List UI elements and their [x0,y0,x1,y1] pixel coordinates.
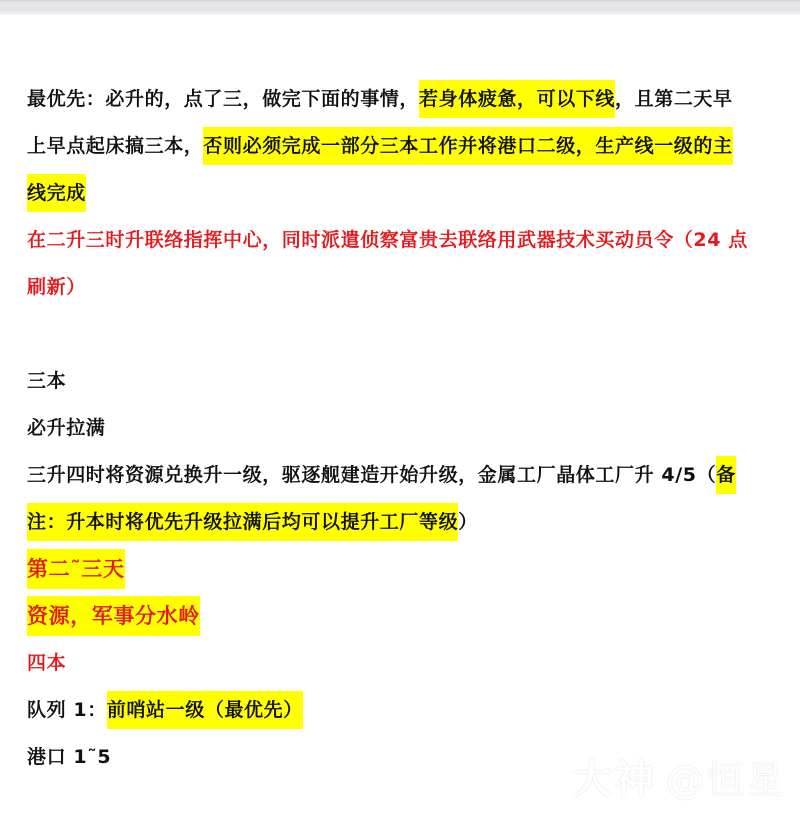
red-text: 在二升三时升联络指挥中心，同时派遣侦察富贵去联络用武器技术买动员令（24 点 [27,229,748,251]
text-segment: 最优先：必升的，点了三，做完下面的事情， [27,88,419,110]
highlighted-red-text: 资源，军事分水岭 [27,596,200,636]
doc-line-priority-cont: 上早点起床搞三本，否则必须完成一部分三本工作并将港口二级，生产线一级的主 [27,123,797,170]
text-segment: 队列 1： [27,699,107,721]
highlighted-text: 线完成 [27,174,86,212]
text-segment: 三本 [27,370,66,392]
text-segment: 三升四时将资源兑换升一级，驱逐舰建造开始升级，金属工厂晶体工厂升 4/5（ [27,464,716,486]
section-heading-tier4: 四本 [27,640,797,687]
section-heading-day2-3: 第二˜三天 [27,546,797,593]
text-segment: 上早点起床搞三本， [27,135,203,157]
highlighted-text: 注：升本时将优先升级拉满后均可以提升工厂等级 [27,503,458,541]
text-segment: ） [458,511,478,533]
watermark: 大神@恒星 [572,748,786,805]
watermark-handle: @恒星 [666,758,786,802]
doc-line-remark: 注：升本时将优先升级拉满后均可以提升工厂等级） [27,499,797,546]
doc-line-priority-end: 线完成 [27,170,797,217]
watermark-brand: 大神 [572,757,656,803]
red-text: 刷新） [27,276,86,298]
window-top-bar [0,0,800,15]
doc-line-priority: 最优先：必升的，点了三，做完下面的事情，若身体疲惫，可以下线，且第二天早 [27,76,797,123]
section-heading-watershed: 资源，军事分水岭 [27,593,797,640]
blank-line [27,311,797,358]
text-segment: 必升拉满 [27,417,105,439]
text-segment: ，且第二天早 [615,88,733,110]
highlighted-text: 前哨站一级（最优先） [107,691,303,729]
doc-line-queue1: 队列 1：前哨站一级（最优先） [27,687,797,734]
doc-line-red-note: 在二升三时升联络指挥中心，同时派遣侦察富贵去联络用武器技术买动员令（24 点 [27,217,797,264]
section-heading-tier3: 三本 [27,358,797,405]
highlighted-red-text: 第二˜三天 [27,549,125,589]
doc-line-red-note-end: 刷新） [27,264,797,311]
text-segment: 港口 1˜5 [27,746,111,768]
highlighted-text: 若身体疲惫，可以下线 [419,80,615,118]
doc-line-tier4-upgrade: 三升四时将资源兑换升一级，驱逐舰建造开始升级，金属工厂晶体工厂升 4/5（备 [27,452,797,499]
document-body: 最优先：必升的，点了三，做完下面的事情，若身体疲惫，可以下线，且第二天早 上早点… [27,76,797,781]
highlighted-text: 否则必须完成一部分三本工作并将港口二级，生产线一级的主 [203,127,732,165]
red-text: 四本 [27,652,66,674]
doc-line-must-max: 必升拉满 [27,405,797,452]
highlighted-text: 备 [716,456,736,494]
